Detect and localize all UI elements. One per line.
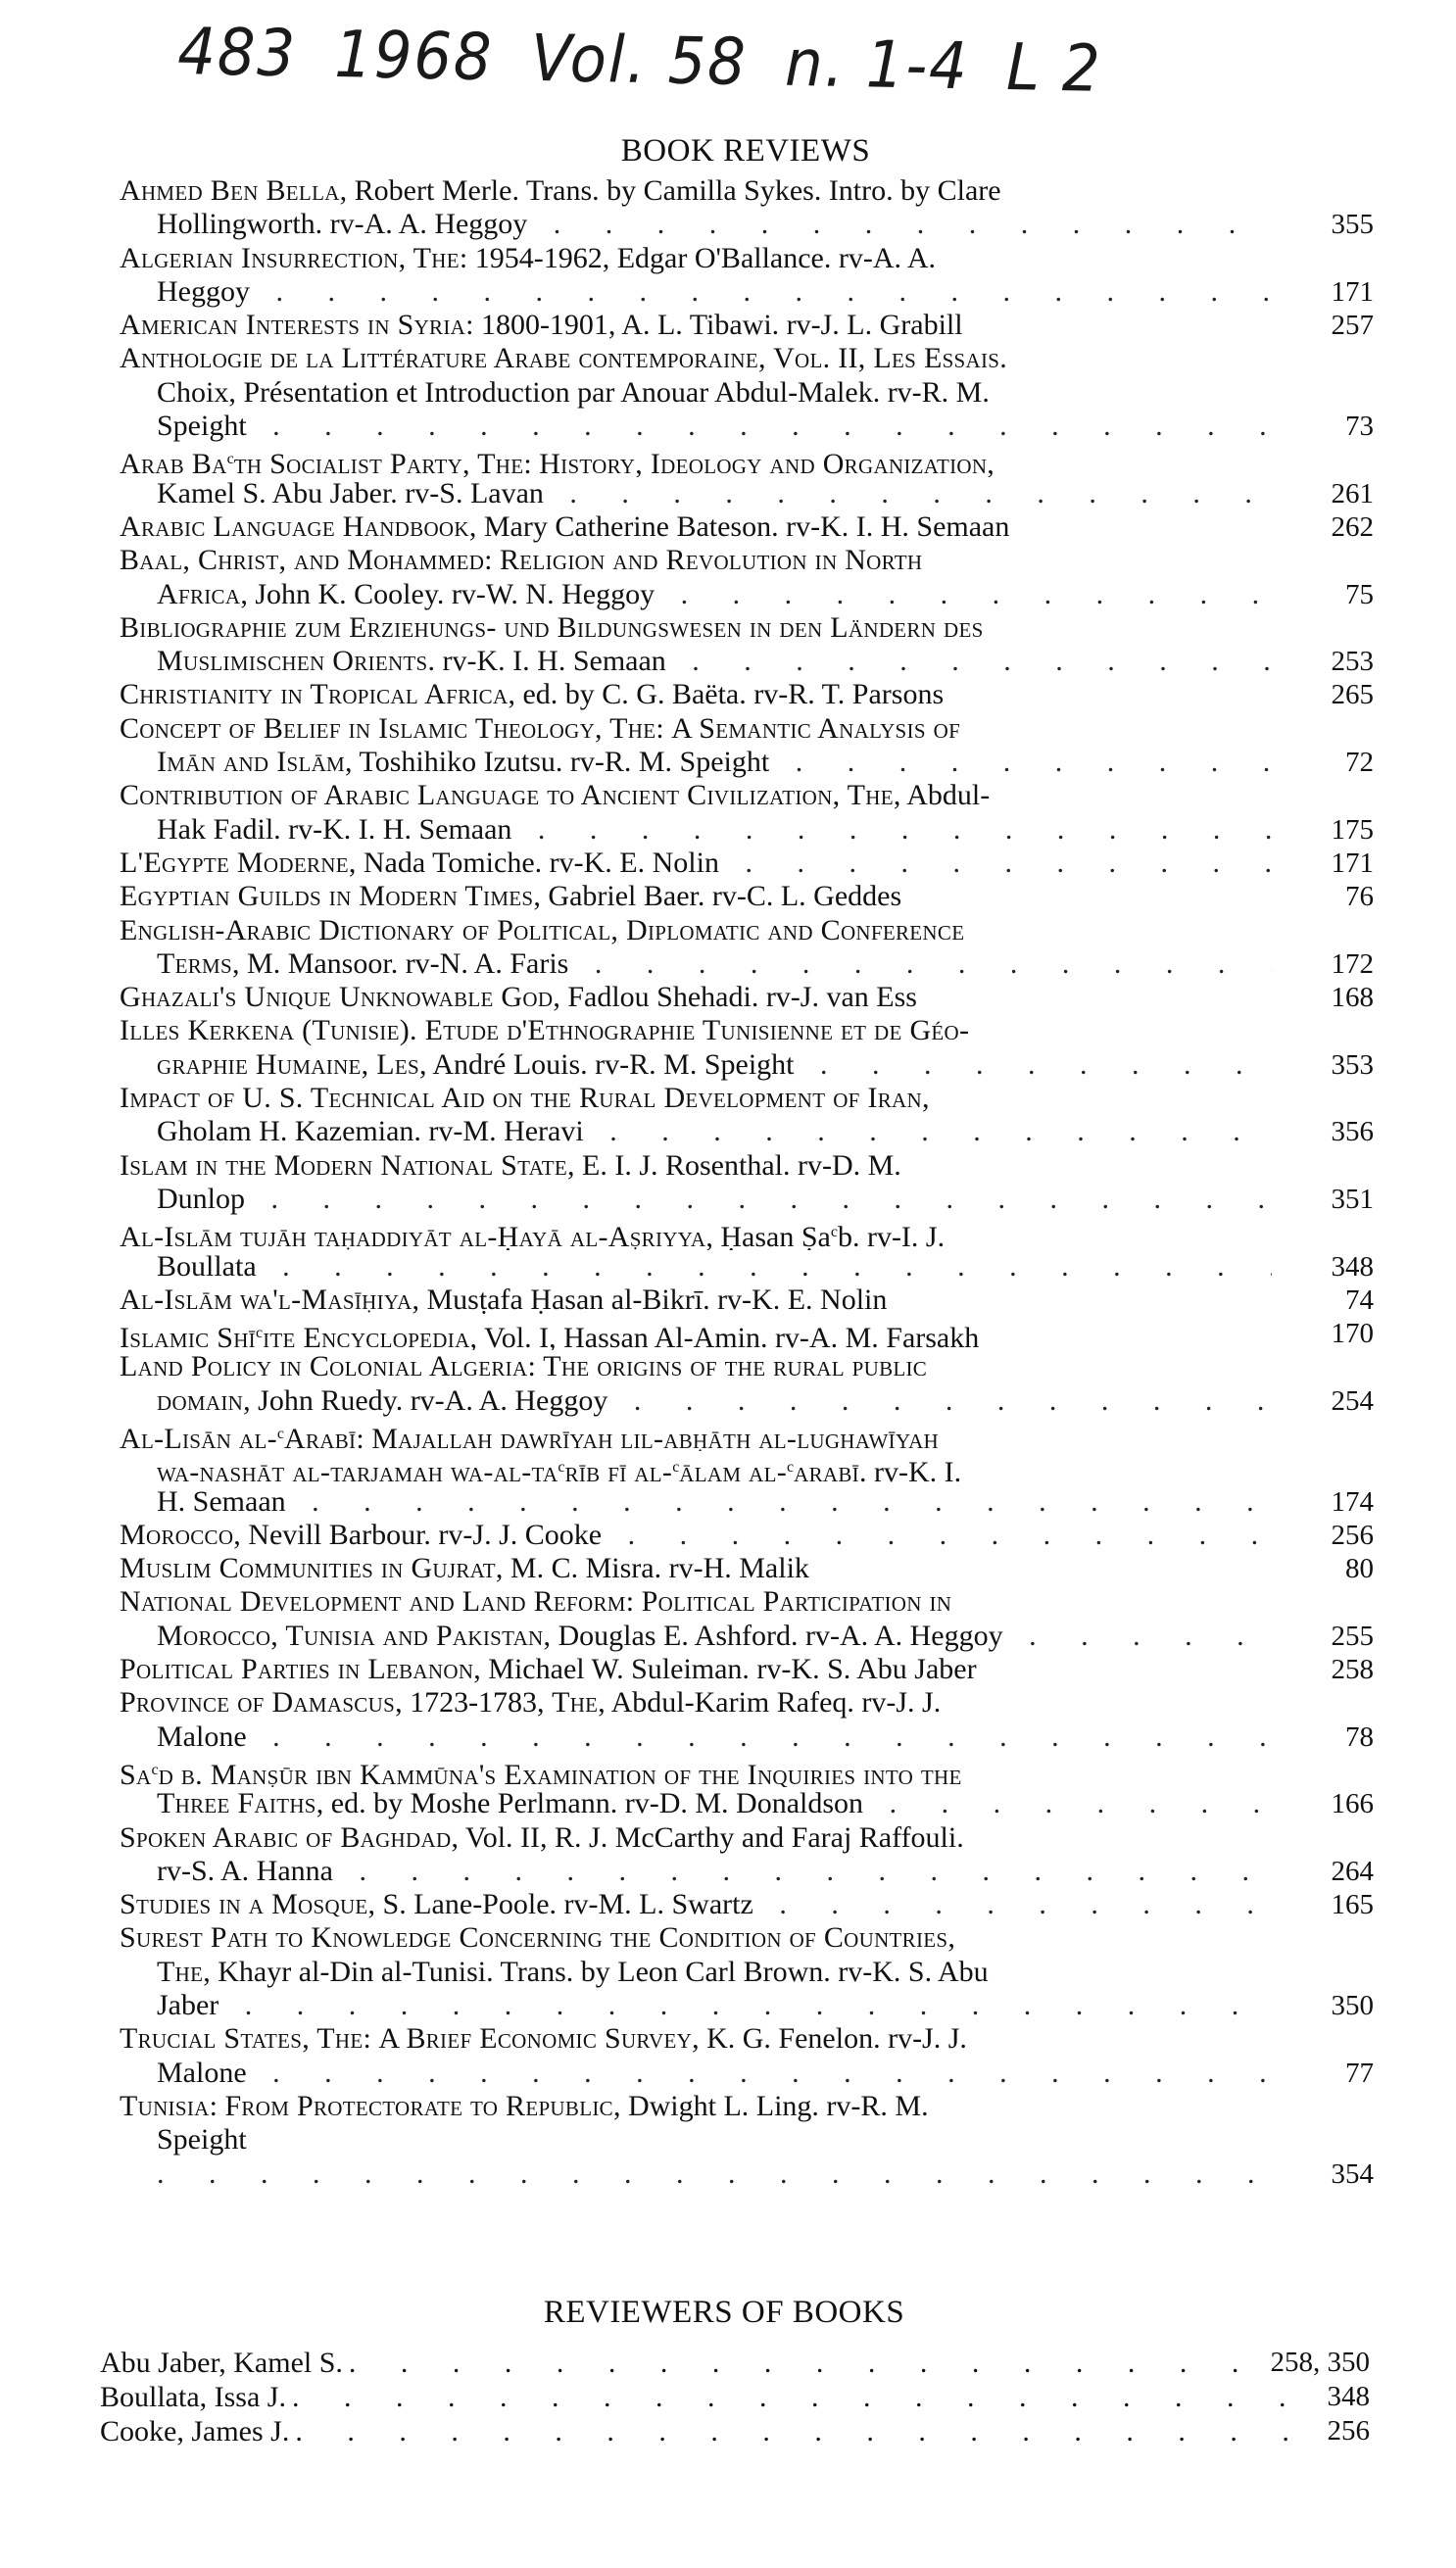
entry-title-line: Muslim Communities in Gujrat, M. C. Misr… [120, 1552, 1272, 1585]
review-entry: 257American Interests in Syria: 1800-190… [120, 309, 1374, 342]
dot-leader: . . . . . . . . . . . . . . . . . . . . … [527, 208, 1272, 240]
entry-continuation-line: The, Khayr al-Din al-Tunisi. Trans. by L… [120, 1956, 1272, 1989]
reviewer-name: Abu Jaber, Kamel S. [100, 2346, 343, 2380]
review-entry: Tunisia: From Protectorate to Republic, … [120, 2090, 1374, 2191]
page-number: 255 [1286, 1620, 1374, 1653]
handwritten-call-number: 483 [177, 14, 298, 91]
entry-continuation-line: Gholam H. Kazemian. rv-M. Heravi . . . .… [120, 1115, 1272, 1148]
entry-continuation-line: wa-nashāt al-tarjamah wa-al-tacrīb fī al… [120, 1451, 1272, 1484]
review-entry: Sacd b. Manṣūr ibn Kammūna's Examination… [120, 1754, 1374, 1821]
entry-continuation-line: Hollingworth. rv-A. A. Heggoy . . . . . … [120, 208, 1272, 241]
reviewer-name: Cooke, James J. [100, 2414, 289, 2448]
dot-leader: . . . . . . . . . . . . . . . . . . . . … [295, 2414, 1370, 2448]
dot-leader: . . . . . . . . . . . . . . . . . . . . … [250, 275, 1272, 308]
page-number: 72 [1286, 746, 1374, 779]
reviewer-row: Boullata, Issa J. . . . . . . . . . . . … [100, 2380, 1370, 2414]
page-number: 78 [1286, 1720, 1374, 1754]
dot-leader: . . . . . . . . . . . . . . . . . . . . … [863, 1787, 1272, 1819]
entry-continuation-line: Kamel S. Abu Jaber. rv-S. Lavan . . . . … [120, 477, 1272, 510]
book-reviews-list: Ahmed Ben Bella, Robert Merle. Trans. by… [120, 174, 1374, 2191]
page-number: 258 [1286, 1653, 1374, 1686]
entry-title-line: Concept of Belief in Islamic Theology, T… [120, 712, 1272, 746]
review-entry: Al-Islām tujāh taḥaddiyāt al-Ḥayā al-Aṣr… [120, 1216, 1374, 1284]
dot-leader: . . . . . . . . . . . . . . . . . . . . … [795, 1048, 1273, 1081]
entry-title-line: Baal, Christ, and Mohammed: Religion and… [120, 544, 1272, 577]
page-number: 257 [1286, 309, 1374, 342]
entry-title-line: Al-Islām wa'l-Masīḥiya, Musṭafa Ḥasan al… [120, 1284, 1272, 1317]
entry-continuation-line: graphie Humaine, Les, André Louis. rv-R.… [120, 1048, 1272, 1082]
review-entry: Baal, Christ, and Mohammed: Religion and… [120, 544, 1374, 611]
dot-leader: . . . . . . . . . . . . . . . . . . . . … [247, 410, 1272, 442]
page-number: 165 [1286, 1888, 1374, 1921]
page-number: 171 [1286, 847, 1374, 880]
entry-continuation-line: rv-S. A. Hanna . . . . . . . . . . . . .… [120, 1855, 1272, 1888]
page-number: 261 [1286, 477, 1374, 510]
entry-title-line: Surest Path to Knowledge Concerning the … [120, 1921, 1272, 1955]
page-number: 80 [1286, 1552, 1374, 1585]
entry-title-line: Illes Kerkena (Tunisie). Etude d'Ethnogr… [120, 1014, 1272, 1047]
entry-title-line: Bibliographie zum Erziehungs- und Bildun… [120, 611, 1272, 645]
dot-leader: . . . . . . . . . . . . . . . . . . . . … [666, 645, 1272, 677]
entry-continuation-line: . . . . . . . . . . . . . . . . . . . . … [120, 2157, 1272, 2191]
page-number: 175 [1286, 813, 1374, 847]
dot-leader: . . . . . . . . . . . . . . . . . . . . … [247, 2057, 1272, 2089]
review-entry: Spoken Arabic of Baghdad, Vol. II, R. J.… [120, 1821, 1374, 1889]
page-number: 170 [1286, 1317, 1374, 1350]
page-number: 172 [1286, 947, 1374, 981]
entry-continuation-line: Africa, John K. Cooley. rv-W. N. Heggoy … [120, 578, 1272, 611]
dot-leader: . . . . . . . . . . . . . . . . . . . . … [719, 847, 1272, 879]
entry-continuation-line: Dunlop . . . . . . . . . . . . . . . . .… [120, 1183, 1272, 1216]
dot-leader: . . . . . . . . . . . . . . . . . . . . … [544, 477, 1272, 509]
review-entry: 256Morocco, Nevill Barbour. rv-J. J. Coo… [120, 1519, 1374, 1552]
reviewers-title: REVIEWERS OF BOOKS [0, 2295, 1452, 2331]
reviewers-list: Abu Jaber, Kamel S. . . . . . . . . . . … [100, 2346, 1370, 2448]
page-number: 254 [1286, 1384, 1374, 1418]
entry-continuation-line: Choix, Présentation et Introduction par … [120, 376, 1272, 410]
review-entry: 265Christianity in Tropical Africa, ed. … [120, 678, 1374, 711]
review-entry: 171L'Egypte Moderne, Nada Tomiche. rv-K.… [120, 847, 1374, 880]
review-entry: Al-Lisān al-cArabī: Majallah dawrīyah li… [120, 1418, 1374, 1519]
reviewer-name: Boullata, Issa J. [100, 2380, 286, 2414]
entry-title-line: Arab Bacth Socialist Party, The: History… [120, 443, 1272, 476]
page-number: 77 [1286, 2057, 1374, 2090]
review-entry: 168Ghazali's Unique Unknowable God, Fadl… [120, 981, 1374, 1014]
page-number: 73 [1286, 410, 1374, 443]
entry-title-line: Ahmed Ben Bella, Robert Merle. Trans. by… [120, 174, 1272, 208]
page-number: 353 [1286, 1048, 1374, 1082]
dot-leader: . . . . . . . . . . . . . . . . . . . . … [568, 947, 1272, 980]
dot-leader: . . . . . . . . . . . . . . . . . . . . … [292, 2380, 1370, 2414]
review-entry: Anthologie de la Littérature Arabe conte… [120, 342, 1374, 443]
review-entry: 74Al-Islām wa'l-Masīḥiya, Musṭafa Ḥasan … [120, 1284, 1374, 1317]
handwritten-year: 1968 [334, 17, 494, 95]
review-entry: Contribution of Arabic Language to Ancie… [120, 779, 1374, 847]
review-entry: Trucial States, The: A Brief Economic Su… [120, 2022, 1374, 2090]
dot-leader: . . . . . . . . . . . . . . . . . . . . … [218, 1989, 1272, 2021]
entry-title-line: Spoken Arabic of Baghdad, Vol. II, R. J.… [120, 1821, 1272, 1855]
dot-leader: . . . . . . . . . . . . . . . . . . . . … [286, 1485, 1272, 1518]
review-entry: Province of Damascus, 1723-1783, The, Ab… [120, 1686, 1374, 1754]
entry-title-line: Tunisia: From Protectorate to Republic, … [120, 2090, 1272, 2123]
handwritten-shelf: L 2 [1006, 29, 1103, 107]
review-entry: Algerian Insurrection, The: 1954-1962, E… [120, 242, 1374, 310]
review-entry: English-Arabic Dictionary of Political, … [120, 914, 1374, 982]
entry-title-line: Impact of U. S. Technical Aid on the Rur… [120, 1082, 1272, 1115]
page-number: 171 [1286, 275, 1374, 309]
page-number: 168 [1286, 981, 1374, 1014]
review-entry: National Development and Land Reform: Po… [120, 1585, 1374, 1653]
review-entry: 80Muslim Communities in Gujrat, M. C. Mi… [120, 1552, 1374, 1585]
review-entry: Ahmed Ben Bella, Robert Merle. Trans. by… [120, 174, 1374, 242]
reviewer-pages: 258, 350 [1265, 2346, 1371, 2380]
entry-title-line: Islamic Shīcite Encyclopedia, Vol. I, Ha… [120, 1317, 1272, 1350]
handwritten-issues: n. 1-4 [785, 25, 970, 105]
entry-continuation-line: Boullata . . . . . . . . . . . . . . . .… [120, 1250, 1272, 1284]
page-number: 351 [1286, 1183, 1374, 1216]
review-entry: Impact of U. S. Technical Aid on the Rur… [120, 1082, 1374, 1149]
dot-leader: . . . . . . . . . . . . . . . . . . . . … [1003, 1620, 1272, 1652]
review-entry: 165Studies in a Mosque, S. Lane-Poole. r… [120, 1888, 1374, 1921]
page-number: 262 [1286, 510, 1374, 544]
entry-title-line: Al-Islām tujāh taḥaddiyāt al-Ḥayā al-Aṣr… [120, 1216, 1272, 1249]
page-number: 348 [1286, 1250, 1374, 1284]
dot-leader: . . . . . . . . . . . . . . . . . . . . … [607, 1384, 1272, 1417]
dot-leader: . . . . . . . . . . . . . . . . . . . . … [602, 1519, 1272, 1551]
reviewer-row: Cooke, James J. . . . . . . . . . . . . … [100, 2414, 1370, 2448]
reviewer-pages: 348 [1322, 2380, 1371, 2414]
entry-title-line: Studies in a Mosque, S. Lane-Poole. rv-M… [120, 1888, 1272, 1921]
entry-title-line: Contribution of Arabic Language to Ancie… [120, 779, 1272, 812]
review-entry: Islam in the Modern National State, E. I… [120, 1149, 1374, 1217]
entry-title-line: Province of Damascus, 1723-1783, The, Ab… [120, 1686, 1272, 1720]
entry-continuation-line: domain, John Ruedy. rv-A. A. Heggoy . . … [120, 1384, 1272, 1418]
review-entry: Arab Bacth Socialist Party, The: History… [120, 443, 1374, 510]
reviewer-pages: 256 [1322, 2414, 1371, 2448]
entry-title-line: Al-Lisān al-cArabī: Majallah dawrīyah li… [120, 1418, 1272, 1451]
dot-leader: . . . . . . . . . . . . . . . . . . . . … [584, 1115, 1272, 1147]
entry-continuation-line: Hak Fadil. rv-K. I. H. Semaan . . . . . … [120, 813, 1272, 847]
dot-leader: . . . . . . . . . . . . . . . . . . . . … [257, 1250, 1272, 1283]
dot-leader: . . . . . . . . . . . . . . . . . . . . … [511, 813, 1272, 846]
entry-continuation-line: Heggoy . . . . . . . . . . . . . . . . .… [120, 275, 1272, 309]
review-entry: 170Islamic Shīcite Encyclopedia, Vol. I,… [120, 1317, 1374, 1350]
page-number: 174 [1286, 1485, 1374, 1519]
entry-continuation-line: H. Semaan . . . . . . . . . . . . . . . … [120, 1485, 1272, 1519]
dot-leader: . . . . . . . . . . . . . . . . . . . . … [769, 746, 1272, 778]
dot-leader: . . . . . . . . . . . . . . . . . . . . … [247, 1720, 1272, 1753]
page-number: 74 [1286, 1284, 1374, 1317]
entry-title-line: Algerian Insurrection, The: 1954-1962, E… [120, 242, 1272, 275]
page-number: 264 [1286, 1855, 1374, 1888]
dot-leader: . . . . . . . . . . . . . . . . . . . . … [349, 2346, 1370, 2380]
dot-leader: . . . . . . . . . . . . . . . . . . . . … [753, 1888, 1272, 1920]
dot-leader: . . . . . . . . . . . . . . . . . . . . … [245, 1183, 1272, 1215]
entry-title-line: English-Arabic Dictionary of Political, … [120, 914, 1272, 947]
review-entry: 258Political Parties in Lebanon, Michael… [120, 1653, 1374, 1686]
reviewer-row: Abu Jaber, Kamel S. . . . . . . . . . . … [100, 2346, 1370, 2380]
entry-title-line: Trucial States, The: A Brief Economic Su… [120, 2022, 1272, 2056]
entry-continuation-line: Three Faiths, ed. by Moshe Perlmann. rv-… [120, 1787, 1272, 1820]
page-number: 350 [1286, 1989, 1374, 2022]
entry-continuation-line: Speight [120, 2123, 1272, 2156]
entry-title-line: L'Egypte Moderne, Nada Tomiche. rv-K. E.… [120, 847, 1272, 880]
entry-continuation-line: Muslimischen Orients. rv-K. I. H. Semaan… [120, 645, 1272, 678]
entry-continuation-line: Terms, M. Mansoor. rv-N. A. Faris . . . … [120, 947, 1272, 981]
page-number: 76 [1286, 880, 1374, 913]
review-entry: 76Egyptian Guilds in Modern Times, Gabri… [120, 880, 1374, 913]
entry-title-line: Egyptian Guilds in Modern Times, Gabriel… [120, 880, 1272, 913]
entry-continuation-line: Speight . . . . . . . . . . . . . . . . … [120, 410, 1272, 443]
entry-title-line: Land Policy in Colonial Algeria: The ori… [120, 1350, 1272, 1383]
page-number: 265 [1286, 678, 1374, 711]
entry-title-line: National Development and Land Reform: Po… [120, 1585, 1272, 1619]
entry-title-line: Anthologie de la Littérature Arabe conte… [120, 342, 1272, 375]
page-number: 354 [1286, 2157, 1374, 2191]
entry-title-line: Christianity in Tropical Africa, ed. by … [120, 678, 1272, 711]
dot-leader: . . . . . . . . . . . . . . . . . . . . … [333, 1855, 1272, 1887]
entry-title-line: Arabic Language Handbook, Mary Catherine… [120, 510, 1272, 544]
review-entry: Surest Path to Knowledge Concerning the … [120, 1921, 1374, 2022]
page-number: 166 [1286, 1787, 1374, 1820]
review-entry: Land Policy in Colonial Algeria: The ori… [120, 1350, 1374, 1418]
handwritten-annotation: 4831968Vol. 58n. 1-4L 2 [177, 14, 1141, 108]
entry-title-line: American Interests in Syria: 1800-1901, … [120, 309, 1272, 342]
dot-leader: . . . . . . . . . . . . . . . . . . . . … [157, 2157, 1272, 2190]
entry-continuation-line: Malone . . . . . . . . . . . . . . . . .… [120, 2057, 1272, 2090]
page-number: 253 [1286, 645, 1374, 678]
entry-title-line: Morocco, Nevill Barbour. rv-J. J. Cooke … [120, 1519, 1272, 1552]
entry-continuation-line: Jaber . . . . . . . . . . . . . . . . . … [120, 1989, 1272, 2022]
entry-continuation-line: Morocco, Tunisia and Pakistan, Douglas E… [120, 1620, 1272, 1653]
entry-continuation-line: Malone . . . . . . . . . . . . . . . . .… [120, 1720, 1272, 1754]
book-reviews-title: BOOK REVIEWS [18, 133, 1456, 170]
page-number: 356 [1286, 1115, 1374, 1148]
entry-title-line: Islam in the Modern National State, E. I… [120, 1149, 1272, 1183]
review-entry: Concept of Belief in Islamic Theology, T… [120, 712, 1374, 780]
dot-leader: . . . . . . . . . . . . . . . . . . . . … [655, 578, 1272, 610]
handwritten-volume: Vol. 58 [530, 21, 748, 100]
page-number: 256 [1286, 1519, 1374, 1552]
entry-continuation-line: Imān and Islām, Toshihiko Izutsu. rv-R. … [120, 746, 1272, 779]
page-number: 355 [1286, 208, 1374, 241]
entry-title-line: Sacd b. Manṣūr ibn Kammūna's Examination… [120, 1754, 1272, 1787]
review-entry: Illes Kerkena (Tunisie). Etude d'Ethnogr… [120, 1014, 1374, 1082]
entry-title-line: Political Parties in Lebanon, Michael W.… [120, 1653, 1272, 1686]
page-number: 75 [1286, 578, 1374, 611]
entry-title-line: Ghazali's Unique Unknowable God, Fadlou … [120, 981, 1272, 1014]
review-entry: 262Arabic Language Handbook, Mary Cather… [120, 510, 1374, 544]
review-entry: Bibliographie zum Erziehungs- und Bildun… [120, 611, 1374, 679]
